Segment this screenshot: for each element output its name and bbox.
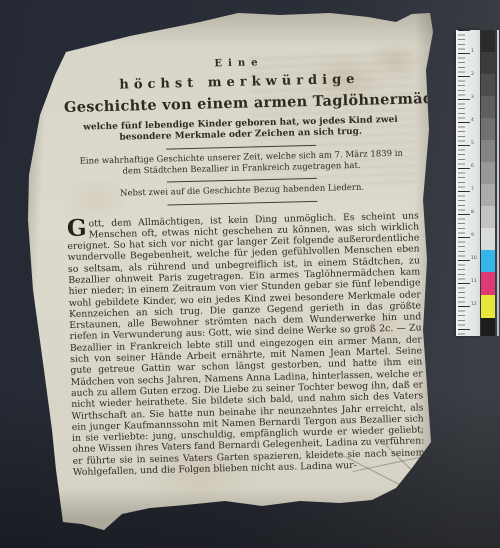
ruler-number: 3 bbox=[471, 95, 474, 100]
ruler-number: 9 bbox=[471, 233, 474, 238]
patch-gray-1 bbox=[481, 30, 495, 52]
patch-gray-10 bbox=[481, 228, 495, 250]
ruler-number: 2 bbox=[471, 72, 474, 77]
divider bbox=[166, 145, 316, 150]
ruler-number: 11 bbox=[471, 279, 477, 284]
patch-gray-5 bbox=[481, 118, 495, 140]
body-text: ott, dem Allmächtigen, ist kein Ding unm… bbox=[67, 210, 424, 478]
imprint-note: Eine wahrhaftige Geschichte unserer Zeit… bbox=[65, 148, 417, 178]
body-paragraph: Gott, dem Allmächtigen, ist kein Ding un… bbox=[67, 210, 425, 478]
step-wedge bbox=[481, 30, 495, 336]
ruler-number: 5 bbox=[471, 141, 474, 146]
patch-gray-6 bbox=[481, 140, 495, 162]
patch-gray-9 bbox=[481, 206, 495, 228]
patch-yellow bbox=[481, 295, 495, 318]
title-line-3: Geschichte von einem armen Taglöhnermädc… bbox=[64, 90, 416, 116]
target-edge-strip bbox=[497, 30, 499, 336]
patch-cyan bbox=[481, 250, 495, 272]
patch-magenta bbox=[481, 272, 495, 295]
color-calibration-bar: 123456789101112 bbox=[456, 30, 500, 336]
ruler-strip: 123456789101112 bbox=[456, 30, 480, 336]
ruler-number: 1 bbox=[471, 49, 474, 54]
patch-gray-7 bbox=[481, 162, 495, 184]
drop-cap: G bbox=[67, 218, 89, 238]
photo-backdrop: Eine höchst merkwürdige Geschichte von e… bbox=[0, 0, 500, 548]
ruler-number: 12 bbox=[471, 302, 477, 307]
title-line-2: höchst merkwürdige bbox=[63, 70, 415, 94]
ruler-number: 7 bbox=[471, 187, 474, 192]
divider bbox=[167, 178, 317, 183]
patch-gray-4 bbox=[481, 96, 495, 118]
songs-note: Nebst zwei auf die Geschichte Bezug habe… bbox=[66, 181, 418, 200]
subtitle: welche fünf lebendige Kinder geboren hat… bbox=[64, 114, 416, 145]
patch-gray-2 bbox=[481, 52, 495, 74]
patch-gray-8 bbox=[481, 184, 495, 206]
title-line-1: Eine bbox=[63, 53, 415, 73]
patch-gray-3 bbox=[481, 74, 495, 96]
document-page: Eine höchst merkwürdige Geschichte von e… bbox=[0, 0, 500, 548]
patch-black bbox=[481, 318, 495, 336]
ruler-number: 6 bbox=[471, 164, 474, 169]
ruler-number: 8 bbox=[471, 210, 474, 215]
divider bbox=[167, 200, 317, 205]
ruler-number: 4 bbox=[471, 118, 474, 123]
printed-text-block: Eine höchst merkwürdige Geschichte von e… bbox=[63, 53, 425, 478]
ruler-number: 10 bbox=[471, 256, 477, 261]
